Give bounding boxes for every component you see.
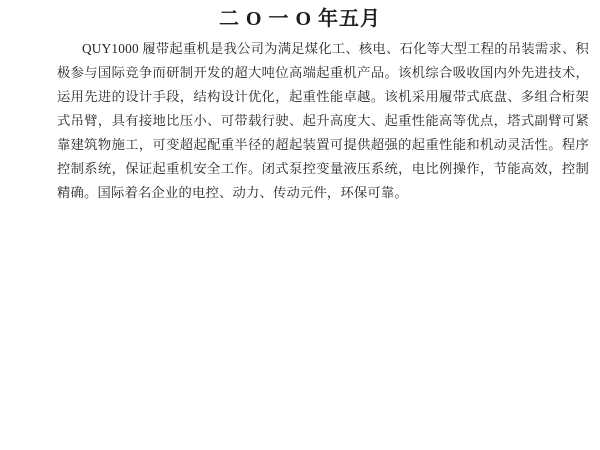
doc-title: 二 O 一 O 年五月 bbox=[0, 9, 600, 29]
doc-paragraph: QUY1000 履带起重机是我公司为满足煤化工、核电、石化等大型工程的吊装需求、… bbox=[57, 37, 589, 205]
document-page: 二 O 一 O 年五月 QUY1000 履带起重机是我公司为满足煤化工、核电、石… bbox=[0, 0, 600, 450]
